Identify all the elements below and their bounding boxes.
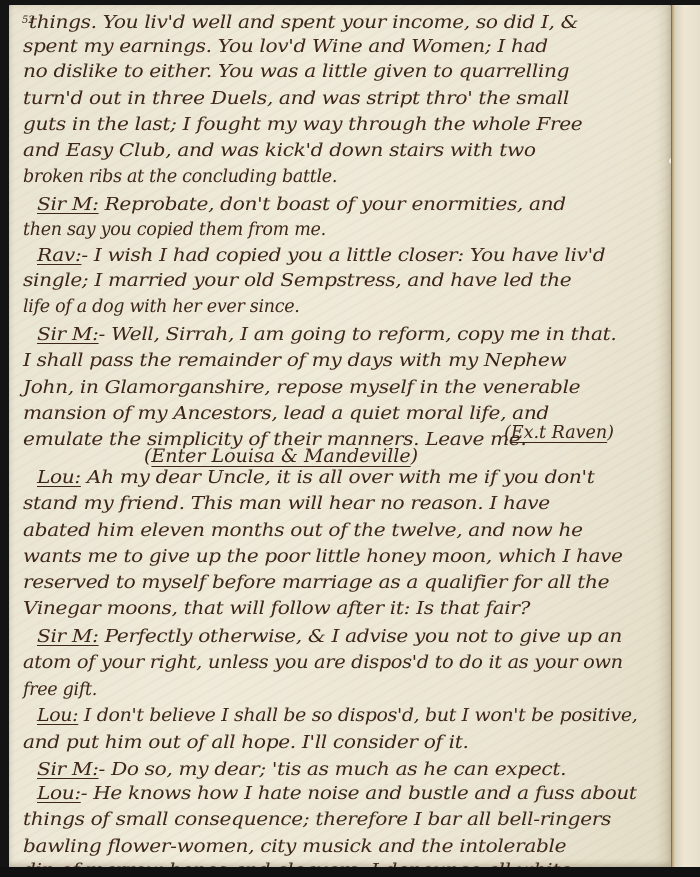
manuscript-line: life of a dog with her ever since.	[23, 297, 300, 317]
manuscript-line: mansion of my Ancestors, lead a quiet mo…	[23, 404, 549, 424]
manuscript-line: Sir M:- Do so, my dear; 'tis as much as …	[37, 760, 566, 780]
manuscript-page: 52 things. You liv'd well and spent your…	[9, 5, 671, 869]
line-text: and put him out of all hope. I'll consid…	[23, 733, 469, 753]
manuscript-line: atom of your right, unless you are dispo…	[23, 653, 623, 673]
line-text: life of a dog with her ever since.	[23, 297, 300, 317]
speaker-name: Lou:	[37, 706, 78, 726]
line-text: then say you copied them from me.	[23, 220, 326, 240]
line-text: - I wish I had copied you a little close…	[81, 246, 605, 266]
speaker-name: Sir M:	[37, 195, 99, 215]
adjacent-page-edge	[671, 5, 700, 871]
manuscript-line: bawling flower-women, city musick and th…	[23, 837, 566, 857]
manuscript-line: and put him out of all hope. I'll consid…	[23, 733, 469, 753]
manuscript-line: Lou:- He knows how I hate noise and bust…	[37, 784, 637, 804]
line-text: single; I married your old Sempstress, a…	[23, 271, 571, 291]
stage-direction-exit-text: Ex.t Raven	[511, 423, 607, 443]
speaker-name: Sir M:	[37, 325, 99, 345]
speaker-name: Sir M:	[37, 760, 99, 780]
line-text: Reprobate, don't boast of your enormitie…	[99, 195, 566, 215]
stage-direction-enter-text: Enter Louisa & Mandeville	[151, 445, 410, 467]
manuscript-line: spent my earnings. You lov'd Wine and Wo…	[23, 37, 548, 57]
line-text: spent my earnings. You lov'd Wine and Wo…	[23, 37, 548, 57]
stage-direction-enter: (Enter Louisa & Mandeville)	[144, 445, 418, 467]
manuscript-line: John, in Glamorganshire, repose myself i…	[23, 378, 580, 398]
manuscript-line: abated him eleven months out of the twel…	[23, 521, 583, 541]
manuscript-line: Vinegar moons, that will follow after it…	[23, 599, 530, 619]
line-text: I shall pass the remainder of my days wi…	[23, 351, 566, 371]
line-text: - He knows how I hate noise and bustle a…	[81, 784, 637, 804]
manuscript-line: Sir M: Reprobate, don't boast of your en…	[37, 195, 566, 215]
line-text: turn'd out in three Duels, and was strip…	[23, 89, 569, 109]
manuscript-line: wants me to give up the poor little hone…	[23, 547, 623, 567]
manuscript-line: single; I married your old Sempstress, a…	[23, 271, 571, 291]
line-text: reserved to myself before marriage as a …	[23, 573, 609, 593]
manuscript-line: Sir M:- Well, Sirrah, I am going to refo…	[37, 325, 616, 345]
manuscript-line: free gift.	[23, 680, 97, 700]
line-text: and Easy Club, and was kick'd down stair…	[23, 141, 536, 161]
manuscript-line: stand my friend. This man will hear no r…	[23, 494, 550, 514]
line-text: Vinegar moons, that will follow after it…	[23, 599, 530, 619]
line-text: broken ribs at the concluding battle.	[23, 167, 337, 187]
manuscript-line: no dislike to either. You was a little g…	[23, 62, 569, 82]
manuscript-line: then say you copied them from me.	[23, 220, 326, 240]
line-text: free gift.	[23, 680, 97, 700]
manuscript-line: guts in the last; I fought my way throug…	[23, 115, 582, 135]
speaker-name: Lou:	[37, 784, 81, 804]
line-text: guts in the last; I fought my way throug…	[23, 115, 582, 135]
manuscript-line: I shall pass the remainder of my days wi…	[23, 351, 566, 371]
manuscript-line: Sir M: Perfectly otherwise, & I advise y…	[37, 627, 622, 647]
line-text: - Do so, my dear; 'tis as much as he can…	[99, 760, 567, 780]
line-text: Perfectly otherwise, & I advise you not …	[99, 627, 622, 647]
page-bottom-shadow	[0, 867, 700, 877]
line-text: bawling flower-women, city musick and th…	[23, 837, 566, 857]
manuscript-line: reserved to myself before marriage as a …	[23, 573, 609, 593]
manuscript-line: and Easy Club, and was kick'd down stair…	[23, 141, 536, 161]
line-text: things. You liv'd well and spent your in…	[29, 13, 578, 33]
manuscript-line: Lou: Ah my dear Uncle, it is all over wi…	[37, 468, 594, 488]
line-text: - Well, Sirrah, I am going to reform, co…	[99, 325, 617, 345]
line-text: atom of your right, unless you are dispo…	[23, 653, 623, 673]
line-text: I don't believe I shall be so dispos'd, …	[78, 706, 637, 726]
stage-direction-exit: (Ex.t Raven)	[504, 423, 614, 443]
manuscript-line: things of small consequence; therefore I…	[23, 810, 611, 830]
line-text: wants me to give up the poor little hone…	[23, 547, 623, 567]
manuscript-viewer: 52 things. You liv'd well and spent your…	[0, 0, 700, 877]
line-text: abated him eleven months out of the twel…	[23, 521, 583, 541]
line-text: Ah my dear Uncle, it is all over with me…	[81, 468, 595, 488]
manuscript-line: turn'd out in three Duels, and was strip…	[23, 89, 569, 109]
line-text: no dislike to either. You was a little g…	[23, 62, 569, 82]
speaker-name: Lou:	[37, 468, 81, 488]
manuscript-line: broken ribs at the concluding battle.	[23, 167, 337, 187]
line-text: stand my friend. This man will hear no r…	[23, 494, 550, 514]
line-text: John, in Glamorganshire, repose myself i…	[23, 378, 580, 398]
manuscript-line: Rav:- I wish I had copied you a little c…	[37, 246, 605, 266]
speaker-name: Rav:	[37, 246, 81, 266]
line-text: things of small consequence; therefore I…	[23, 810, 611, 830]
speaker-name: Sir M:	[37, 627, 99, 647]
manuscript-line: Lou: I don't believe I shall be so dispo…	[37, 706, 637, 726]
line-text: mansion of my Ancestors, lead a quiet mo…	[23, 404, 549, 424]
manuscript-line: things. You liv'd well and spent your in…	[29, 13, 578, 33]
